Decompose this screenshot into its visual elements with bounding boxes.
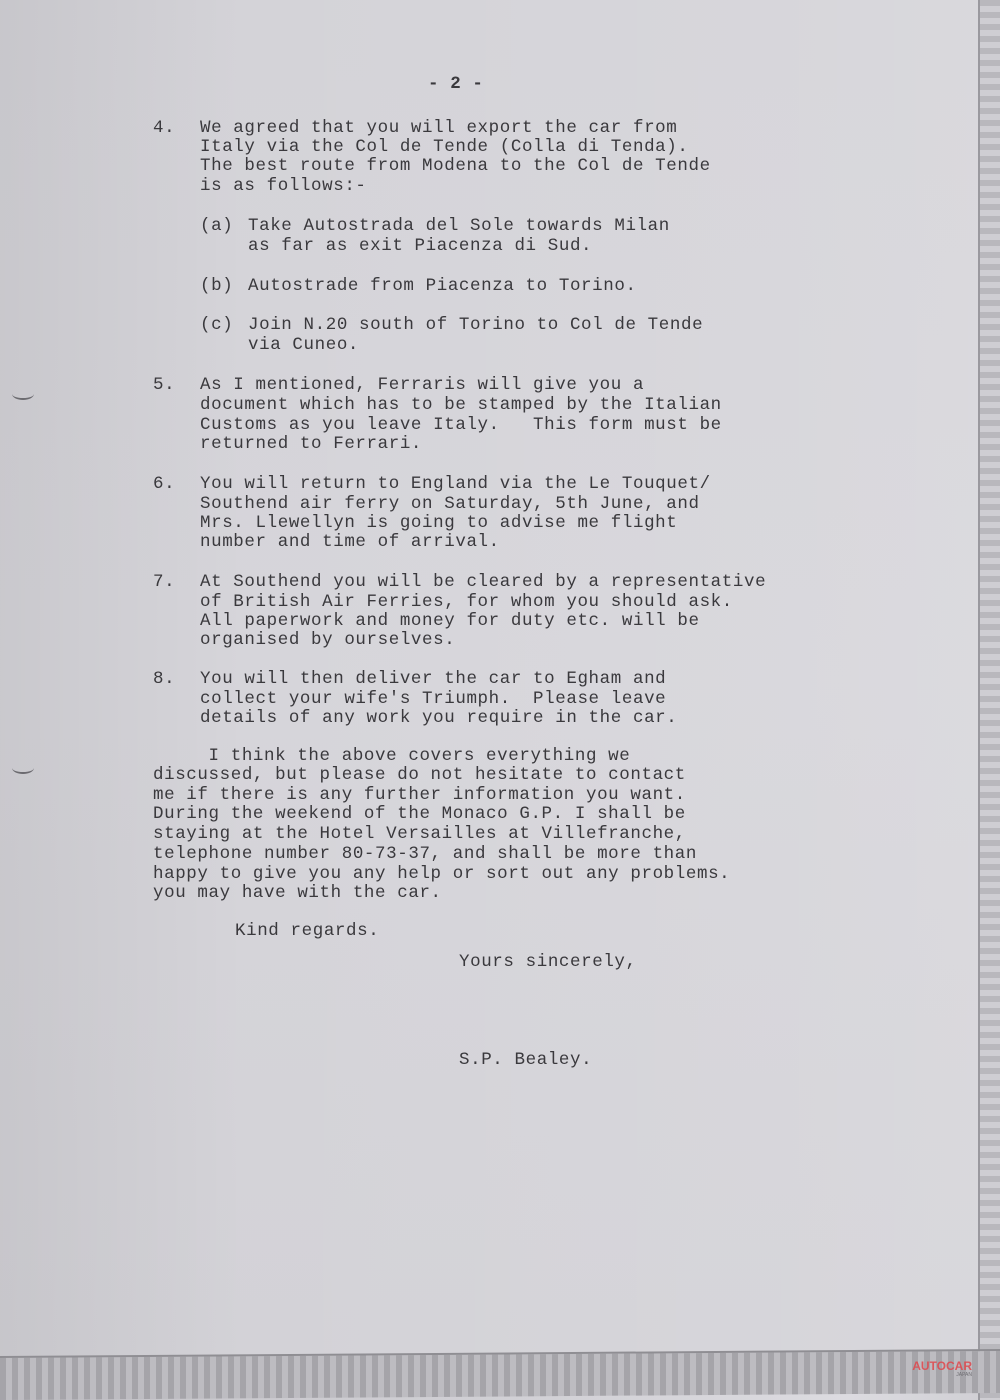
item-line: You will then deliver the car to Egham a… (200, 669, 666, 689)
item-line: number and time of arrival. (200, 532, 500, 552)
item-line: At Southend you will be cleared by a rep… (200, 572, 766, 592)
item-number: 6. (153, 474, 175, 494)
subitem-line: as far as exit Piacenza di Sud. (248, 236, 592, 256)
subitem-line: Autostrade from Piacenza to Torino. (248, 276, 637, 296)
page-number: - 2 - (428, 74, 484, 94)
item-line: is as follows:- (200, 176, 367, 196)
closing-line: me if there is any further information y… (153, 785, 686, 805)
item-line: document which has to be stamped by the … (200, 395, 722, 415)
closing-line: I think the above covers everything we (153, 746, 630, 766)
item-line: You will return to England via the Le To… (200, 474, 711, 494)
subitem-label: (a) (200, 216, 233, 236)
item-line: We agreed that you will export the car f… (200, 118, 677, 138)
subitem-line: via Cuneo. (248, 335, 359, 355)
hole-punch-mark (12, 388, 34, 400)
item-line: of British Air Ferries, for whom you sho… (200, 592, 733, 612)
subitem-line: Take Autostrada del Sole towards Milan (248, 216, 670, 236)
item-line: collect your wife's Triumph. Please leav… (200, 689, 666, 709)
plastic-sleeve-edge-right (978, 0, 1000, 1400)
closing-line: telephone number 80-73-37, and shall be … (153, 844, 697, 864)
autocar-watermark: AUTOCAR JAPAN (912, 1357, 972, 1378)
closing-line: discussed, but please do not hesitate to… (153, 765, 686, 785)
item-line: As I mentioned, Ferraris will give you a (200, 375, 644, 395)
item-number: 5. (153, 375, 175, 395)
closing-line: happy to give you any help or sort out a… (153, 864, 730, 884)
item-number: 7. (153, 572, 175, 592)
signature-name: S.P. Bealey. (459, 1050, 592, 1070)
item-line: returned to Ferrari. (200, 434, 422, 454)
item-line: Southend air ferry on Saturday, 5th June… (200, 494, 700, 514)
subitem-label: (c) (200, 315, 233, 335)
sign-off: Yours sincerely, (459, 952, 637, 972)
item-line: details of any work you require in the c… (200, 708, 677, 728)
item-line: Italy via the Col de Tende (Colla di Ten… (200, 137, 688, 157)
item-number: 4. (153, 118, 175, 138)
closing-line: staying at the Hotel Versailles at Ville… (153, 824, 686, 844)
watermark-brand: AUTOCAR (912, 1359, 972, 1373)
item-line: All paperwork and money for duty etc. wi… (200, 611, 700, 631)
plastic-sleeve-edge-bottom (0, 1349, 1000, 1400)
item-number: 8. (153, 669, 175, 689)
item-line: The best route from Modena to the Col de… (200, 156, 711, 176)
closing-line: you may have with the car. (153, 883, 442, 903)
closing-line: During the weekend of the Monaco G.P. I … (153, 804, 686, 824)
item-line: organised by ourselves. (200, 630, 455, 650)
item-line: Mrs. Llewellyn is going to advise me fli… (200, 513, 677, 533)
hole-punch-mark (12, 762, 34, 774)
subitem-line: Join N.20 south of Torino to Col de Tend… (248, 315, 703, 335)
kind-regards: Kind regards. (235, 921, 379, 941)
subitem-label: (b) (200, 276, 233, 296)
item-line: Customs as you leave Italy. This form mu… (200, 415, 722, 435)
